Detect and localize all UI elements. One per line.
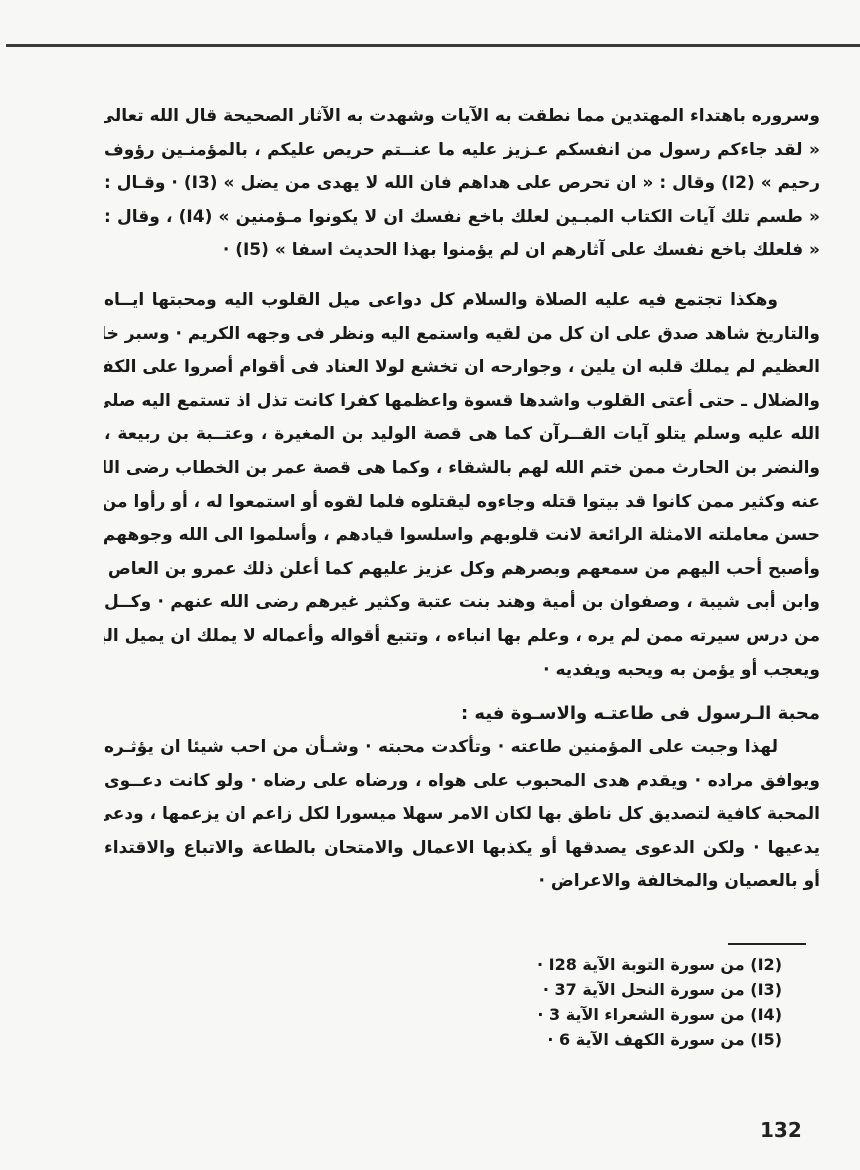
footnotes: (I2) من سورة التوبة الآية I28 · (I3) من …	[537, 952, 782, 1052]
text-line: وأصبح أحب اليهم من سمعهم وبصرهم وكل عزيز…	[104, 553, 820, 587]
page-body: وسروره باهتداء المهتدين مما نطقت به الآي…	[104, 100, 820, 899]
paragraph-3: لهذا وجبت على المؤمنين طاعته · وتأكدت مح…	[104, 731, 820, 899]
top-rule	[6, 44, 860, 47]
text-line: والتاريخ شاهد صدق على ان كل من لقيه واست…	[104, 318, 820, 352]
text-line: الله عليه وسلم يتلو آيات القــرآن كما هى…	[104, 418, 820, 452]
text-line: العظيم لم يملك قلبه ان يلين ، وجوارحه ان…	[104, 351, 820, 385]
text-line: والضلال ـ حتى أعتى القلوب واشدها قسوة وا…	[104, 385, 820, 419]
text-line: وسروره باهتداء المهتدين مما نطقت به الآي…	[104, 100, 820, 134]
footnote-item: (I3) من سورة النحل الآية 37 ·	[537, 977, 782, 1002]
text-line: وهكذا تجتمع فيه عليه الصلاة والسلام كل د…	[104, 284, 820, 318]
text-line: أو بالعصيان والمخالفة والاعراض ·	[104, 865, 820, 899]
page-number: 132	[760, 1118, 802, 1142]
text-line: والنضر بن الحارث ممن ختم الله لهم بالشقا…	[104, 452, 820, 486]
text-line: رحيم » (I2) وقال : « ان تحرص على هداهم ف…	[104, 167, 820, 201]
paragraph-2: وهكذا تجتمع فيه عليه الصلاة والسلام كل د…	[104, 284, 820, 687]
section-heading: محبة الـرسول فى طاعتـه والاسـوة فيه :	[104, 697, 820, 731]
text-line: « لقد جاءكم رسول من انفسكم عـزيز عليه ما…	[104, 134, 820, 168]
text-line: وابن أبى شيبة ، وصفوان بن أمية وهند بنت …	[104, 586, 820, 620]
text-line: من درس سيرته ممن لم يره ، وعلم بها انباء…	[104, 620, 820, 654]
paragraph-1: وسروره باهتداء المهتدين مما نطقت به الآي…	[104, 100, 820, 268]
footnote-item: (I5) من سورة الكهف الآية 6 ·	[537, 1027, 782, 1052]
text-line: ويوافق مراده · ويقدم هدى المحبوب على هوا…	[104, 765, 820, 799]
footnote-item: (I2) من سورة التوبة الآية I28 ·	[537, 952, 782, 977]
text-line: لهذا وجبت على المؤمنين طاعته · وتأكدت مح…	[104, 731, 820, 765]
text-line: حسن معاملته الامثلة الرائعة لانت قلوبهم …	[104, 519, 820, 553]
text-line: يدعيها · ولكن الدعوى يصدقها أو يكذبها ال…	[104, 832, 820, 866]
text-line: عنه وكثير ممن كانوا قد بيتوا قتله وجاءوه…	[104, 486, 820, 520]
footnote-item: (I4) من سورة الشعراء الآية 3 ·	[537, 1002, 782, 1027]
text-line: « طسم تلك آيات الكتاب المبـين لعلك باخع …	[104, 201, 820, 235]
footnote-separator	[728, 943, 806, 945]
text-line: المحبة كافية لتصديق كل ناطق بها لكان الا…	[104, 798, 820, 832]
text-line: ويعجب أو يؤمن به ويحبه ويفديه ·	[104, 654, 820, 688]
text-line: « فلعلك باخع نفسك على آثارهم ان لم يؤمنو…	[104, 234, 820, 268]
